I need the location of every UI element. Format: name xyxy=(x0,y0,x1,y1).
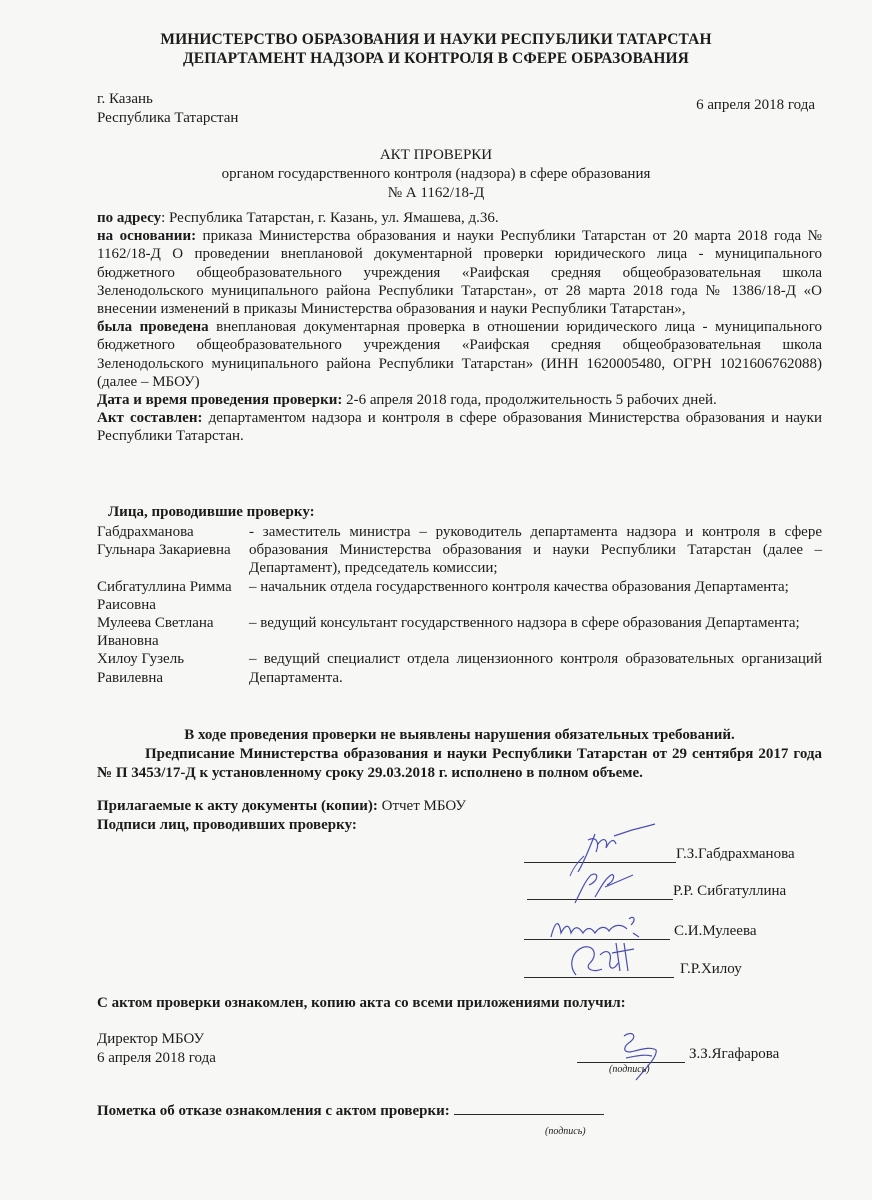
person-name: Хилоу Гузель Равилевна xyxy=(97,650,249,686)
person-row: Габдрахманова Гульнара Закариевна - заме… xyxy=(97,523,822,578)
act-subtitle: органом государственного контроля (надзо… xyxy=(0,165,872,184)
address-paragraph: по адресу: Республика Татарстан, г. Каза… xyxy=(97,209,822,227)
attachments-value: Отчет МБОУ xyxy=(378,798,466,814)
signature-row: Р.Р. Сибгатуллина xyxy=(527,877,786,900)
persons-title: Лица, проводившие проверку: xyxy=(108,504,315,521)
refusal-signature-caption: (подпись) xyxy=(545,1126,586,1137)
composed-label: Акт составлен: xyxy=(97,410,202,426)
director-name: З.З.Ягафарова xyxy=(689,1046,779,1063)
persons-list: Габдрахманова Гульнара Закариевна - заме… xyxy=(97,523,822,687)
ministry-name: МИНИСТЕРСТВО ОБРАЗОВАНИЯ И НАУКИ РЕСПУБЛ… xyxy=(0,30,872,49)
person-role: – ведущий консультант государственного н… xyxy=(249,614,822,650)
document-date: 6 апреля 2018 года xyxy=(696,97,815,114)
address-value: : Республика Татарстан, г. Казань, ул. Я… xyxy=(161,210,499,226)
handwritten-signature-icon xyxy=(554,935,644,981)
director-position: Директор МБОУ xyxy=(97,1030,216,1049)
city: г. Казань xyxy=(97,90,238,109)
basis-paragraph: на основании: приказа Министерства образ… xyxy=(97,227,822,318)
refusal-signature-line xyxy=(454,1100,604,1115)
conducted-label: была проведена xyxy=(97,319,209,335)
signatures-label: Подписи лиц, проводивших проверку: xyxy=(97,816,466,835)
person-name: Сибгатуллина Римма Раисовна xyxy=(97,578,249,614)
person-role: – ведущий специалист отдела лицензионног… xyxy=(249,650,822,686)
signer-name: Р.Р. Сибгатуллина xyxy=(673,883,786,900)
person-name: Габдрахманова Гульнара Закариевна xyxy=(97,523,249,578)
person-row: Хилоу Гузель Равилевна – ведущий специал… xyxy=(97,650,822,686)
basis-value: приказа Министерства образования и науки… xyxy=(97,228,822,317)
composed-paragraph: Акт составлен: департаментом надзора и к… xyxy=(97,409,822,445)
republic: Республика Татарстан xyxy=(97,109,238,128)
datetime-paragraph: Дата и время проведения проверки: 2-6 ап… xyxy=(97,391,822,409)
director-signature-row: (подпись) З.З.Ягафарова xyxy=(577,1040,779,1063)
act-number: № А 1162/18-Д xyxy=(0,184,872,203)
person-role: – начальник отдела государственного конт… xyxy=(249,578,822,614)
signature-caption: (подпись) xyxy=(609,1064,650,1075)
composed-value: департаментом надзора и контроля в сфере… xyxy=(97,410,822,444)
prescription-statement: Предписание Министерства образования и н… xyxy=(97,745,822,783)
signer-name: Г.З.Габдрахманова xyxy=(676,846,795,863)
acknowledgement-statement: С актом проверки ознакомлен, копию акта … xyxy=(97,995,626,1012)
conducted-paragraph: была проведена внеплановая документарная… xyxy=(97,318,822,391)
no-violations-statement: В ходе проведения проверки не выявлены н… xyxy=(97,726,822,745)
attachments-label: Прилагаемые к акту документы (копии): xyxy=(97,798,378,814)
director-date: 6 апреля 2018 года xyxy=(97,1049,216,1068)
act-title-block: АКТ ПРОВЕРКИ органом государственного ко… xyxy=(0,146,872,203)
refusal-mark-block: Пометка об отказе ознакомления с актом п… xyxy=(97,1100,604,1120)
person-name: Мулеева Светлана Ивановна xyxy=(97,614,249,650)
signature-line xyxy=(527,877,673,900)
place-block: г. Казань Республика Татарстан xyxy=(97,90,238,128)
signature-line xyxy=(524,955,674,978)
handwritten-signature-icon xyxy=(555,867,645,907)
signature-line xyxy=(524,840,676,863)
findings-block: В ходе проведения проверки не выявлены н… xyxy=(97,726,822,783)
attachments-block: Прилагаемые к акту документы (копии): От… xyxy=(97,797,466,834)
signature-row: Г.Р.Хилоу xyxy=(524,955,742,978)
person-role: - заместитель министра – руководитель де… xyxy=(249,523,822,578)
attachments-line: Прилагаемые к акту документы (копии): От… xyxy=(97,797,466,816)
datetime-value: 2-6 апреля 2018 года, продолжительность … xyxy=(342,392,716,408)
datetime-label: Дата и время проведения проверки: xyxy=(97,392,342,408)
person-row: Мулеева Светлана Ивановна – ведущий конс… xyxy=(97,614,822,650)
director-block: Директор МБОУ 6 апреля 2018 года xyxy=(97,1030,216,1068)
document-header: МИНИСТЕРСТВО ОБРАЗОВАНИЯ И НАУКИ РЕСПУБЛ… xyxy=(0,30,872,68)
address-label: по адресу xyxy=(97,210,161,226)
act-title: АКТ ПРОВЕРКИ xyxy=(0,146,872,165)
signer-name: Г.Р.Хилоу xyxy=(680,961,742,978)
person-row: Сибгатуллина Римма Раисовна – начальник … xyxy=(97,578,822,614)
basis-label: на основании: xyxy=(97,228,196,244)
handwritten-signature-icon xyxy=(596,1028,666,1088)
refusal-label: Пометка об отказе ознакомления с актом п… xyxy=(97,1103,450,1119)
signature-row: Г.З.Габдрахманова xyxy=(524,840,795,863)
signature-line: (подпись) xyxy=(577,1040,685,1063)
signer-name: С.И.Мулеева xyxy=(674,923,757,940)
act-body: по адресу: Республика Татарстан, г. Каза… xyxy=(97,209,822,446)
department-name: ДЕПАРТАМЕНТ НАДЗОРА И КОНТРОЛЯ В СФЕРЕ О… xyxy=(0,49,872,68)
